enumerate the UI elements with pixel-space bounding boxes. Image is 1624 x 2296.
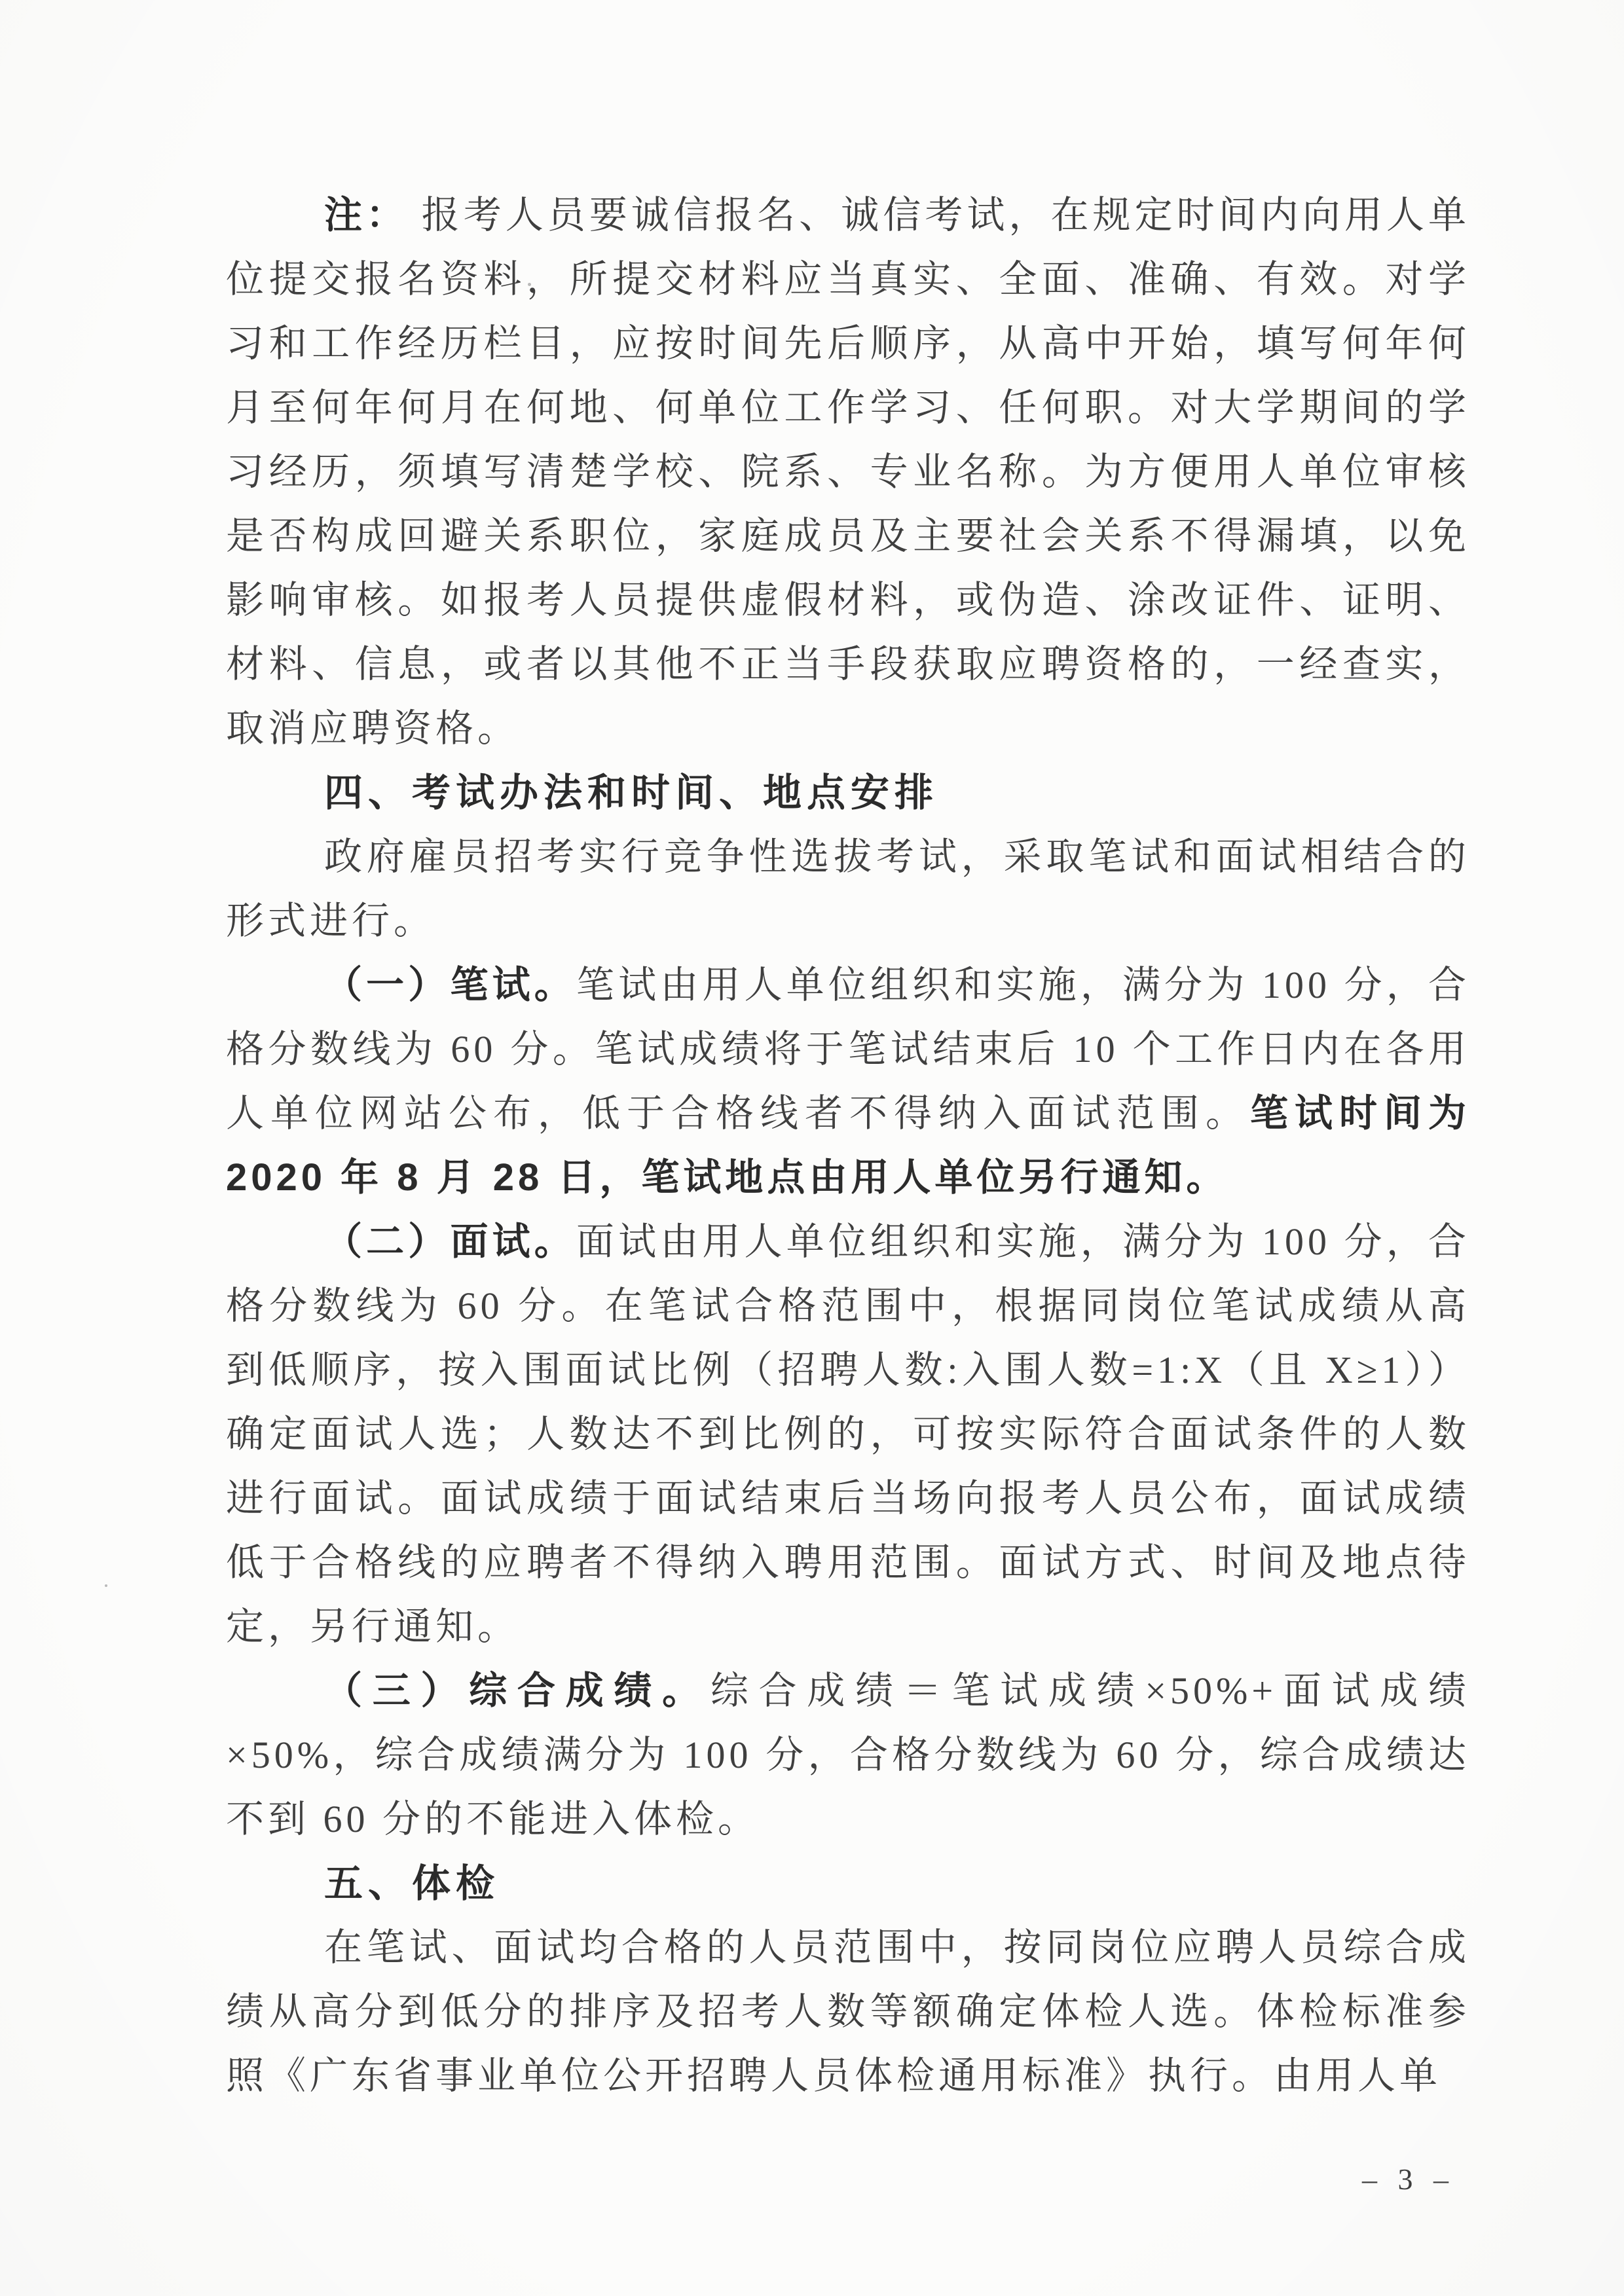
- paragraph-interview: （二）面试。面试由用人单位组织和实施，满分为 100 分，合格分数线为 60 分…: [226, 1210, 1470, 1659]
- paragraph-note: 注： 报考人员要诚信报名、诚信考试，在规定时间内向用人单位提交报名资料，所提交材…: [226, 183, 1470, 761]
- document-page: 注： 报考人员要诚信报名、诚信考试，在规定时间内向用人单位提交报名资料，所提交材…: [0, 0, 1624, 2296]
- document-body: 注： 报考人员要诚信报名、诚信考试，在规定时间内向用人单位提交报名资料，所提交材…: [226, 183, 1470, 2108]
- note-text: 报考人员要诚信报名、诚信考试，在规定时间内向用人单位提交报名资料，所提交材料应当…: [226, 194, 1470, 750]
- exam-method-text: 政府雇员招考实行竞争性选拔考试，采取笔试和面试相结合的形式进行。: [226, 835, 1470, 942]
- paragraph-exam-method: 政府雇员招考实行竞争性选拔考试，采取笔试和面试相结合的形式进行。: [226, 825, 1470, 953]
- section-heading-5: 五、体检: [226, 1851, 1470, 1916]
- scan-speck: [105, 1584, 107, 1587]
- section-heading-4: 四、考试办法和时间、地点安排: [226, 761, 1470, 825]
- note-label: 注：: [324, 194, 408, 236]
- paragraph-written-test: （一）笔试。笔试由用人单位组织和实施，满分为 100 分，合格分数线为 60 分…: [226, 953, 1470, 1210]
- medical-exam-text: 在笔试、面试均合格的人员范围中，按同岗位应聘人员综合成绩从高分到低分的排序及招考…: [226, 1926, 1470, 2097]
- paragraph-composite-score: （三）综合成绩。综合成绩＝笔试成绩×50%+面试成绩×50%，综合成绩满分为 1…: [226, 1659, 1470, 1851]
- scan-speck: [528, 283, 531, 286]
- written-test-label: （一）笔试。: [324, 964, 576, 1006]
- page-number: – 3 –: [1362, 2162, 1455, 2196]
- paragraph-medical-exam: 在笔试、面试均合格的人员范围中，按同岗位应聘人员综合成绩从高分到低分的排序及招考…: [226, 1916, 1470, 2108]
- interview-label: （二）面试。: [324, 1220, 576, 1263]
- interview-text: 面试由用人单位组织和实施，满分为 100 分，合格分数线为 60 分。在笔试合格…: [226, 1220, 1470, 1648]
- section-heading-4-text: 四、考试办法和时间、地点安排: [324, 771, 938, 814]
- section-heading-5-text: 五、体检: [324, 1862, 500, 1905]
- composite-score-label: （三）综合成绩。: [324, 1669, 710, 1712]
